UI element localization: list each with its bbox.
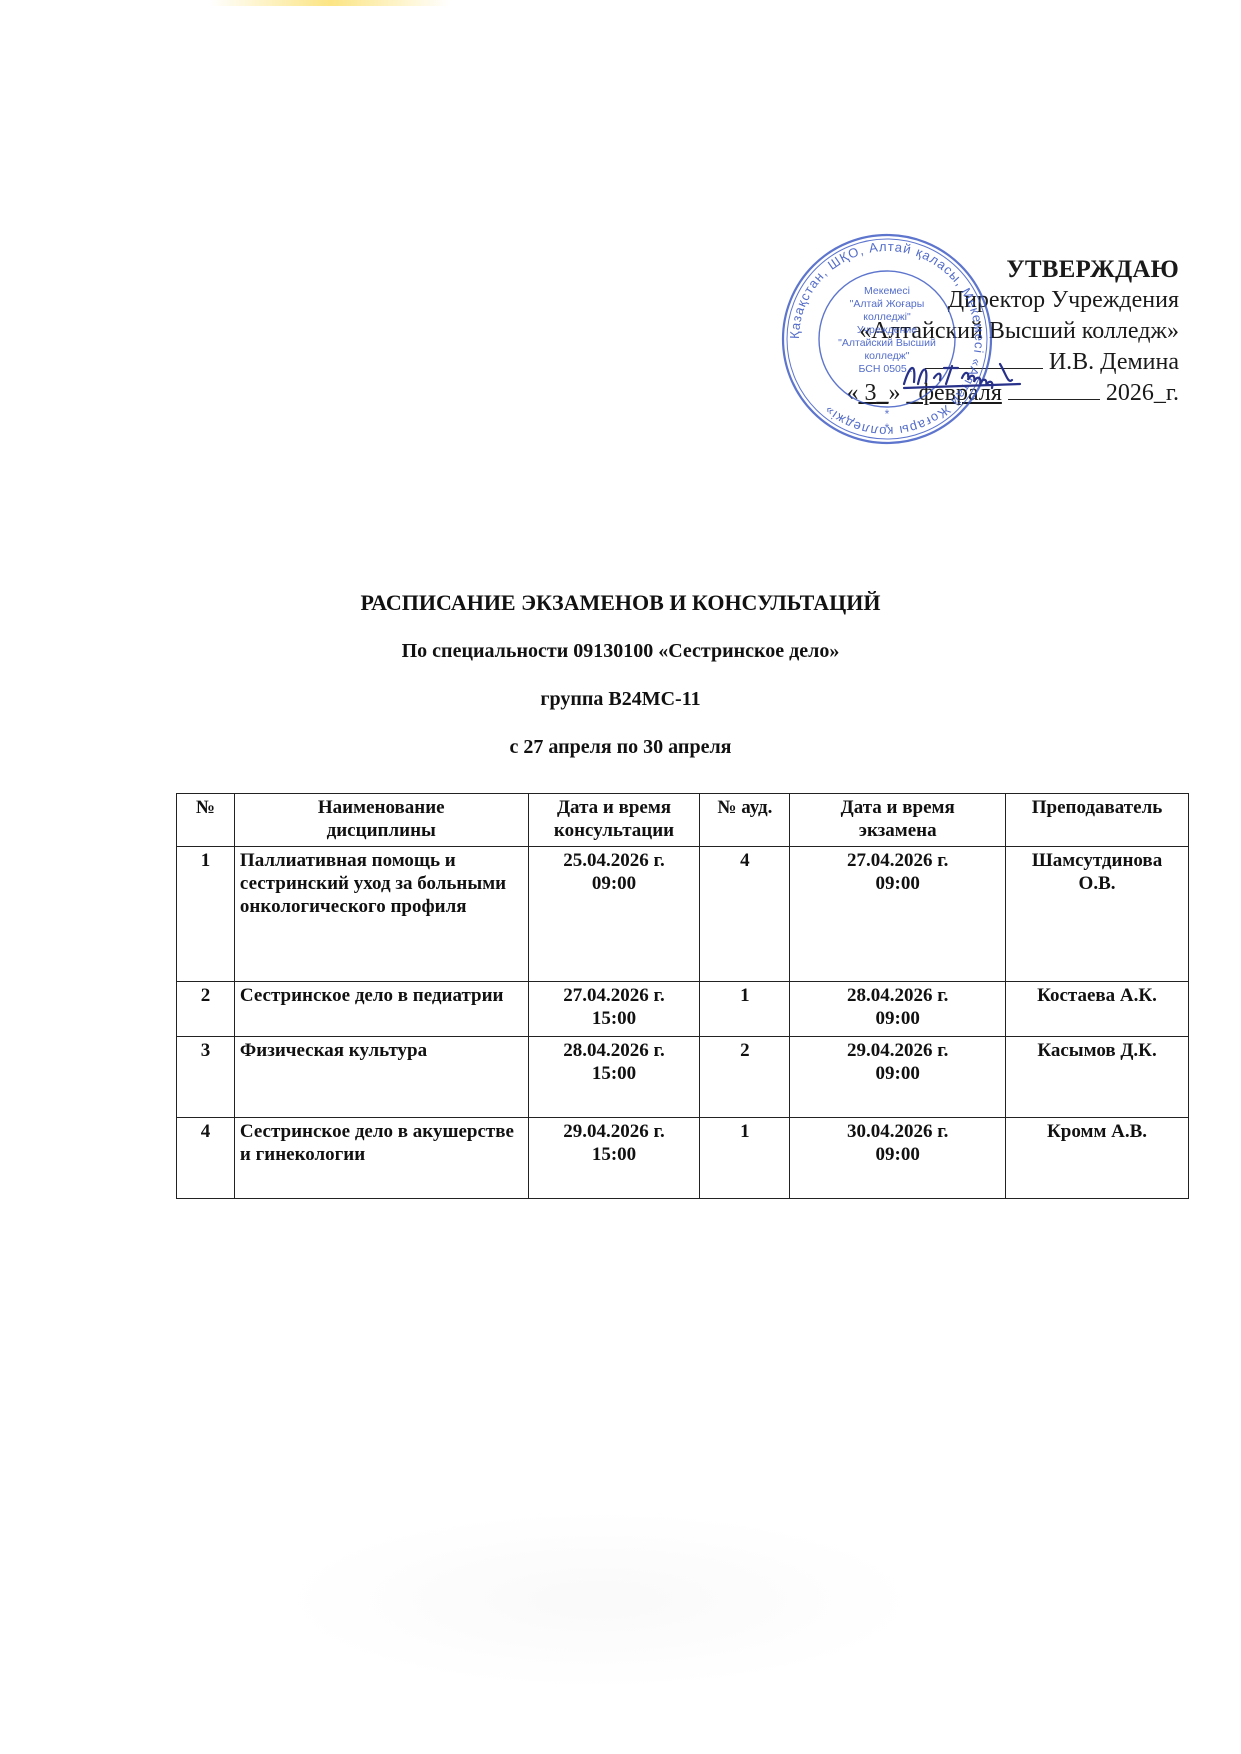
header-consultation: Дата и времяконсультации (528, 794, 700, 847)
cell-num: 2 (177, 982, 235, 1037)
table-header-row: № Наименованиедисциплины Дата и времякон… (177, 794, 1189, 847)
cell-room: 1 (700, 1118, 790, 1199)
cell-exam: 30.04.2026 г.09:00 (790, 1118, 1006, 1199)
approval-date-line: « 3_» _февраля 2026_г. (846, 378, 1179, 409)
cell-consultation: 27.04.2026 г.15:00 (528, 982, 700, 1037)
cell-consultation: 29.04.2026 г.15:00 (528, 1118, 700, 1199)
header-exam: Дата и времяэкзамена (790, 794, 1006, 847)
scan-artifact (210, 0, 450, 6)
approval-date-day: 3_ (858, 380, 888, 406)
header-teacher: Преподаватель (1006, 794, 1189, 847)
cell-discipline: Паллиативная помощь и сестринский уход з… (234, 847, 528, 982)
cell-num: 3 (177, 1037, 235, 1118)
header-num: № (177, 794, 235, 847)
approval-institution: «Алтайский Высший колледж» (846, 316, 1179, 347)
cell-discipline: Сестринское дело в педиатрии (234, 982, 528, 1037)
document-title: РАСПИСАНИЕ ЭКЗАМЕНОВ И КОНСУЛЬТАЦИЙ (0, 590, 1241, 638)
cell-exam: 27.04.2026 г.09:00 (790, 847, 1006, 982)
schedule-table: № Наименованиедисциплины Дата и времякон… (176, 793, 1189, 1199)
approval-date-year: 2026 (1106, 380, 1154, 406)
approval-signatory: И.В. Демина (1049, 349, 1179, 375)
approval-position: Директор Учреждения (846, 285, 1179, 316)
table-row: 2 Сестринское дело в педиатрии 27.04.202… (177, 982, 1189, 1037)
cell-exam: 29.04.2026 г.09:00 (790, 1037, 1006, 1118)
cell-room: 1 (700, 982, 790, 1037)
approval-heading: УТВЕРЖДАЮ (846, 254, 1179, 285)
cell-room: 4 (700, 847, 790, 982)
svg-text:*: * (885, 407, 890, 421)
cell-teacher: Кромм А.В. (1006, 1118, 1189, 1199)
document-specialty: По специальности 09130100 «Сестринское д… (0, 638, 1241, 686)
approval-date-month: _февраля (906, 380, 1001, 406)
cell-exam: 28.04.2026 г.09:00 (790, 982, 1006, 1037)
approval-date-suffix: г. (1166, 380, 1179, 406)
cell-consultation: 28.04.2026 г.15:00 (528, 1037, 700, 1118)
header-discipline: Наименованиедисциплины (234, 794, 528, 847)
scan-smudge (280, 1510, 920, 1690)
cell-teacher: ШамсутдиноваО.В. (1006, 847, 1189, 982)
cell-num: 1 (177, 847, 235, 982)
cell-teacher: Касымов Д.К. (1006, 1037, 1189, 1118)
cell-discipline: Сестринское дело в акушерстве и гинеколо… (234, 1118, 528, 1199)
signature-blank (925, 348, 1043, 369)
svg-text:*: * (885, 421, 890, 435)
table-row: 3 Физическая культура 28.04.2026 г.15:00… (177, 1037, 1189, 1118)
table-row: 1 Паллиативная помощь и сестринский уход… (177, 847, 1189, 982)
cell-teacher: Костаева А.К. (1006, 982, 1189, 1037)
document-period: с 27 апреля по 30 апреля (0, 734, 1241, 782)
document-group: группа В24МС-11 (0, 686, 1241, 734)
table-row: 4 Сестринское дело в акушерстве и гинеко… (177, 1118, 1189, 1199)
document-titles: РАСПИСАНИЕ ЭКЗАМЕНОВ И КОНСУЛЬТАЦИЙ По с… (0, 590, 1241, 782)
cell-consultation: 25.04.2026 г.09:00 (528, 847, 700, 982)
cell-room: 2 (700, 1037, 790, 1118)
approval-block: УТВЕРЖДАЮ Директор Учреждения «Алтайский… (846, 254, 1179, 409)
cell-num: 4 (177, 1118, 235, 1199)
cell-discipline: Физическая культура (234, 1037, 528, 1118)
header-room: № ауд. (700, 794, 790, 847)
date-blank (1008, 379, 1100, 400)
approval-signature-line: И.В. Демина (846, 347, 1179, 378)
